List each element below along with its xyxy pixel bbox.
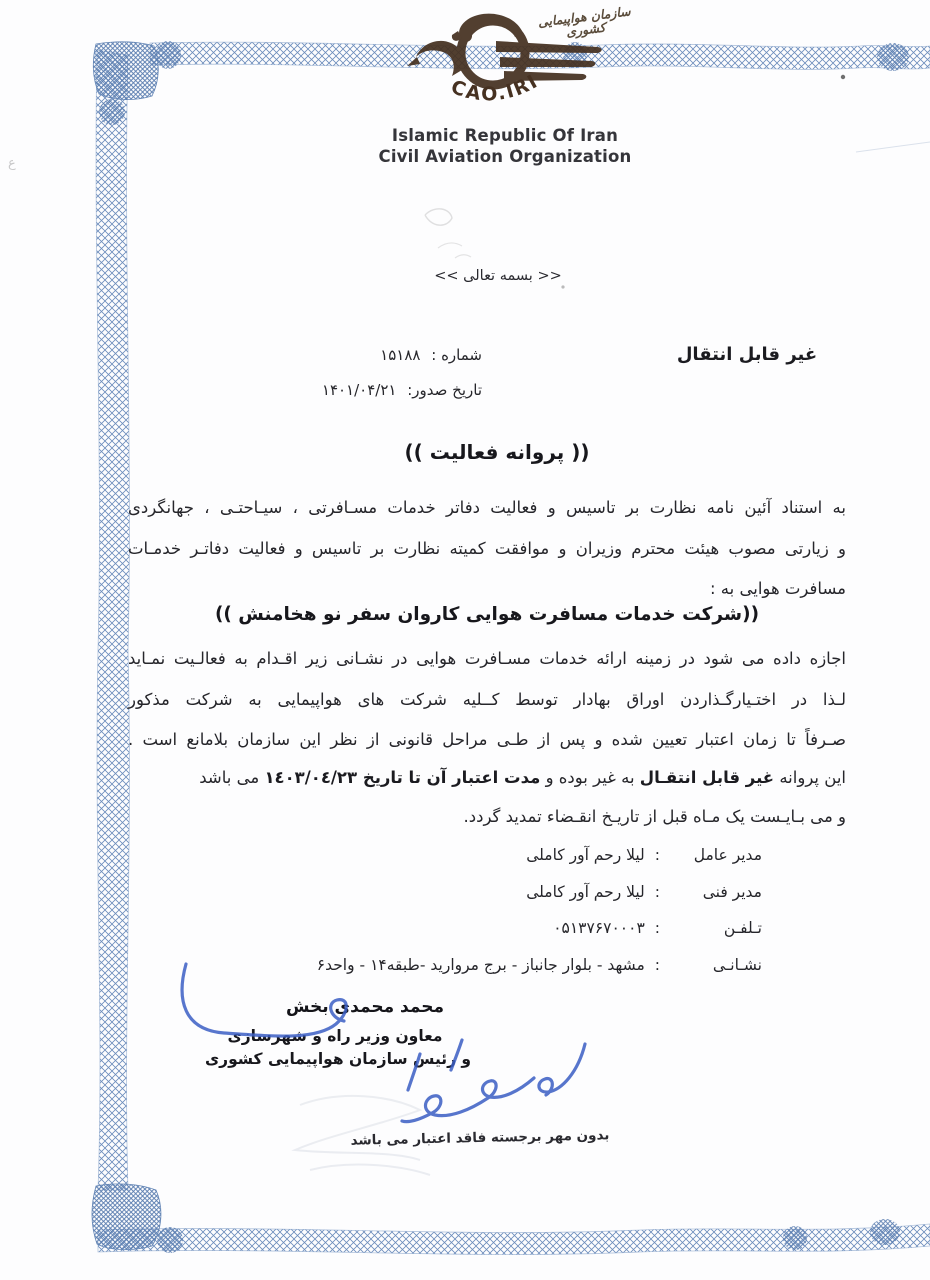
intro-line-1: به استناد آئین نامه نظارت بر تاسیس و فعا…: [128, 498, 846, 517]
border-knots: [99, 41, 909, 1253]
border-corner-top-left: [93, 42, 158, 100]
managing-director-value: لیلا رحم آور کاملی: [526, 846, 645, 864]
detail-row-address: نشـانـی:مشهد - بلوار جانباز - برج مرواری…: [128, 956, 762, 974]
validity-expiry-bold: مدت اعتبار آن تا تاریخ ١٤٠٣/٠٤/٢٣: [264, 768, 540, 787]
telephone-label: تـلفـن: [674, 919, 762, 937]
validity-post: می باشد: [199, 768, 264, 787]
scanned-license-document: CAO.IRI سازمان هواپیمایی کشوری Islamic R…: [0, 0, 930, 1280]
body-line-1: اجازه داده می شود در زمینه ارائه خدمات م…: [128, 649, 846, 668]
body-line-3: صـرفاً تا زمان اعتبار تعیین شده و پس از …: [128, 730, 846, 749]
address-label: نشـانـی: [674, 956, 762, 974]
validity-nontransfer-bold: غیر قابل انتقـال: [640, 768, 774, 787]
company-name: ((شرکت خدمات مسافرت هوایی کاروان سفر نو …: [128, 604, 846, 625]
signatory-title-line2: و رئیس سازمان هواپیمایی کشوری: [198, 1050, 478, 1068]
validity-mid: به غیر بوده و: [540, 768, 639, 787]
signatory-name: محمد محمدی بخش: [250, 997, 480, 1017]
cao-acronym-text: CAO.IRI: [448, 70, 542, 106]
org-line2: Civil Aviation Organization: [355, 147, 655, 168]
svg-text:CAO.IRI: CAO.IRI: [448, 70, 542, 106]
intro-line-3: مسافرت هوایی به :: [128, 579, 846, 598]
non-transferable-label: غیر قابل انتقال: [652, 344, 842, 365]
colon-separator: :: [645, 956, 674, 974]
issue-date-value: ۱۴۰۱/۰۴/۲۱: [322, 381, 403, 399]
validity-pre: این پروانه: [774, 768, 846, 787]
license-title: (( پروانه فعالیت )): [347, 440, 647, 464]
colon-separator: :: [645, 883, 674, 901]
managing-director-label: مدیر عامل: [674, 846, 762, 864]
signature-ink: [0, 0, 930, 1280]
telephone-value: ۰۵۱۳۷۶۷۰۰۰۳: [553, 919, 645, 937]
organization-name-en: Islamic Republic Of Iran Civil Aviation …: [355, 126, 655, 167]
intro-line-2: و زیارتی مصوب هیئت محترم وزیران و موافقت…: [128, 539, 846, 558]
technical-director-label: مدیر فنی: [674, 883, 762, 901]
signatory-title-line1: معاون وزیر راه و شهرسازی: [215, 1027, 455, 1045]
validity-line: این پروانه غیر قابل انتقـال به غیر بوده …: [128, 768, 846, 787]
detail-row-managing-director: مدیر عامل:لیلا رحم آور کاملی: [128, 846, 762, 864]
issue-date-row: تاریخ صدور: ۱۴۰۱/۰۴/۲۱: [230, 381, 482, 399]
detail-row-telephone: تـلفـن:۰۵۱۳۷۶۷۰۰۰۳: [128, 919, 762, 937]
technical-director-value: لیلا رحم آور کاملی: [526, 883, 645, 901]
border-bottom-band: [98, 1224, 930, 1255]
stray-pen-mark: ع: [8, 156, 16, 171]
document-number-row: شماره : ۱۵۱۸۸: [230, 346, 482, 364]
license-body: به استناد آئین نامه نظارت بر تاسیس و فعا…: [128, 0, 846, 1280]
colon-separator: :: [645, 919, 674, 937]
number-value: ۱۵۱۸۸: [380, 346, 426, 364]
address-value: مشهد - بلوار جانباز - برج مروارید -طبقه۱…: [317, 956, 645, 974]
issue-date-label: تاریخ صدور:: [407, 381, 482, 399]
org-line1: Islamic Republic Of Iran: [355, 126, 655, 147]
detail-row-technical-director: مدیر فنی:لیلا رحم آور کاملی: [128, 883, 762, 901]
renewal-line: و می بـایـست یک مـاه قبل از تاریـخ انقـض…: [128, 807, 846, 826]
footer-validity-note: بدون مهر برجسته فاقد اعتبار می باشد: [305, 1126, 655, 1149]
bismillah-text: << بسمه تعالی >>: [393, 268, 603, 284]
guilloche-border: [0, 0, 930, 1280]
border-left-band: [96, 50, 129, 1190]
number-label: شماره :: [431, 346, 482, 364]
border-corner-bottom-left: [92, 1184, 161, 1250]
body-line-2: لـذا در اختـیارگـذاردن اوراق بهادار توسط…: [128, 690, 846, 709]
colon-separator: :: [645, 846, 674, 864]
